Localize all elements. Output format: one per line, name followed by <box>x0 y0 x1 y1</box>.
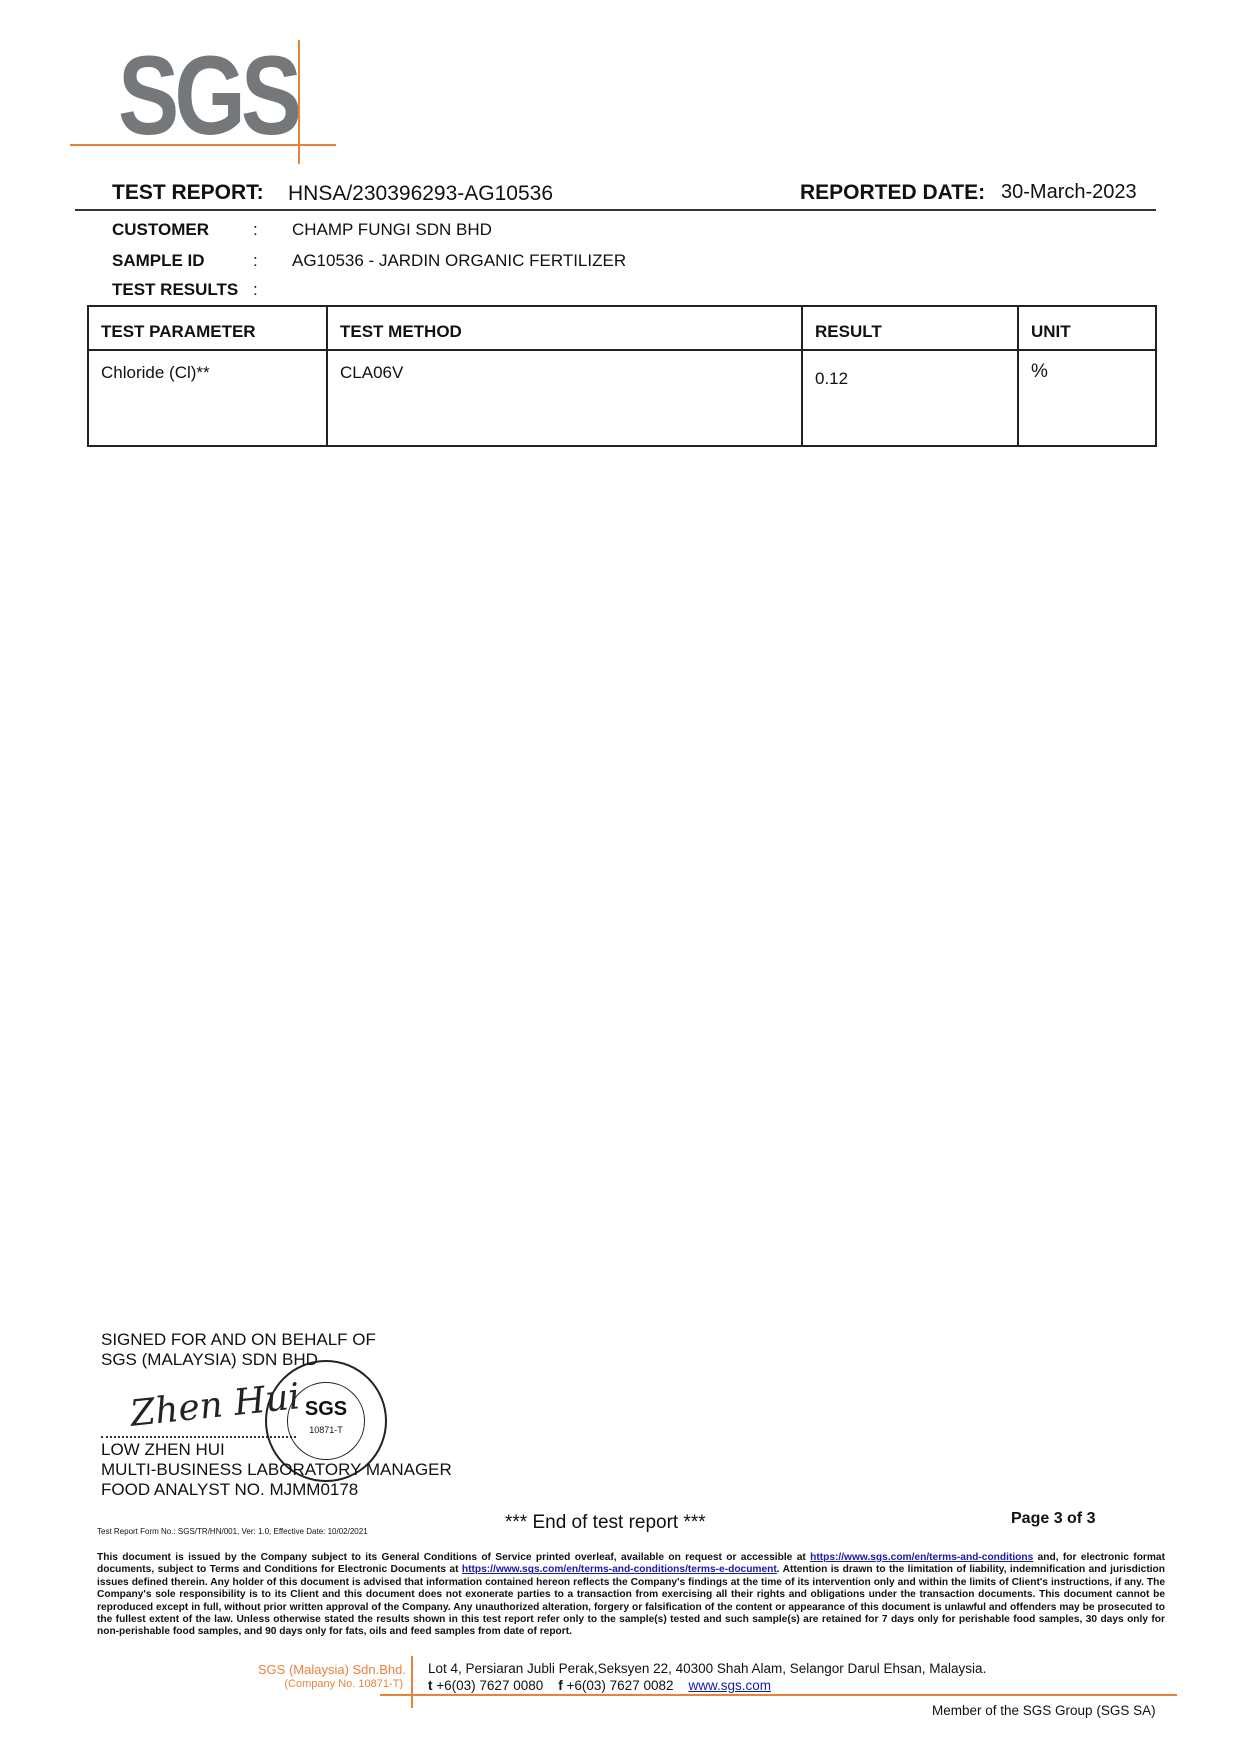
tel-label: t <box>428 1678 433 1693</box>
customer-label: CUSTOMER <box>112 220 209 240</box>
results-table: TEST PARAMETER TEST METHOD RESULT UNIT C… <box>87 305 1157 447</box>
sample-id-value: AG10536 - JARDIN ORGANIC FERTILIZER <box>292 251 626 271</box>
report-label: TEST REPORT: <box>112 181 264 205</box>
website-link[interactable]: www.sgs.com <box>689 1678 772 1693</box>
terms-link[interactable]: https://www.sgs.com/en/terms-and-conditi… <box>810 1552 1033 1563</box>
contact-line: t +6(03) 7627 0080 f +6(03) 7627 0082 ww… <box>428 1678 771 1693</box>
analyst-number: FOOD ANALYST NO. MJMM0178 <box>101 1480 358 1500</box>
header-result: RESULT <box>802 306 1018 350</box>
signatory-title: MULTI-BUSINESS LABORATORY MANAGER <box>101 1460 452 1480</box>
legal-disclaimer: This document is issued by the Company s… <box>97 1552 1165 1639</box>
footer-horizontal-rule <box>380 1694 1177 1696</box>
customer-colon: : <box>253 220 258 240</box>
company-name: SGS (Malaysia) Sdn.Bhd. <box>258 1662 406 1677</box>
logo-vertical-rule <box>298 40 300 164</box>
stamp-logo: SGS <box>288 1399 364 1419</box>
fax-number: +6(03) 7627 0082 <box>567 1678 674 1693</box>
sample-id-label: SAMPLE ID <box>112 251 205 271</box>
company-number: (Company No. 10871-T) <box>284 1678 403 1690</box>
customer-value: CHAMP FUNGI SDN BHD <box>292 220 492 240</box>
cell-unit: % <box>1018 350 1156 446</box>
cell-parameter: Chloride (Cl)** <box>88 350 327 446</box>
company-address: Lot 4, Persiaran Jubli Perak,Seksyen 22,… <box>428 1661 986 1676</box>
signatory-name: LOW ZHEN HUI <box>101 1440 225 1460</box>
form-number: Test Report Form No.: SGS/TR/HN/001, Ver… <box>97 1527 368 1536</box>
cell-result: 0.12 <box>802 350 1018 446</box>
sample-id-colon: : <box>253 251 258 271</box>
stamp-number: 10871-T <box>288 1425 364 1435</box>
page-number: Page 3 of 3 <box>1011 1510 1095 1528</box>
test-results-label: TEST RESULTS <box>112 280 238 300</box>
cell-method: CLA06V <box>327 350 802 446</box>
report-number: HNSA/230396293-AG10536 <box>288 182 553 206</box>
header-divider <box>75 209 1156 211</box>
reported-date-value: 30-March-2023 <box>1001 181 1137 204</box>
member-of-group: Member of the SGS Group (SGS SA) <box>932 1703 1156 1718</box>
header-unit: UNIT <box>1018 306 1156 350</box>
tel-number: +6(03) 7627 0080 <box>436 1678 543 1693</box>
disclaimer-text-1: This document is issued by the Company s… <box>97 1552 810 1563</box>
signed-company-line: SGS (MALAYSIA) SDN BHD <box>101 1350 318 1370</box>
test-results-colon: : <box>253 280 258 300</box>
header-test-parameter: TEST PARAMETER <box>88 306 327 350</box>
header-test-method: TEST METHOD <box>327 306 802 350</box>
table-row: Chloride (Cl)** CLA06V 0.12 % <box>88 350 1156 446</box>
stamp-inner-ring: SGS 10871-T <box>287 1382 365 1460</box>
reported-date-label: REPORTED DATE: <box>800 181 985 205</box>
sgs-logo: SGS <box>118 40 297 152</box>
footer-vertical-rule <box>411 1656 413 1708</box>
end-of-report: *** End of test report *** <box>505 1512 706 1534</box>
fax-label: f <box>558 1678 563 1693</box>
logo-horizontal-rule <box>70 144 336 146</box>
signed-for-line: SIGNED FOR AND ON BEHALF OF <box>101 1330 376 1350</box>
table-header-row: TEST PARAMETER TEST METHOD RESULT UNIT <box>88 306 1156 350</box>
terms-e-document-link[interactable]: https://www.sgs.com/en/terms-and-conditi… <box>462 1564 777 1575</box>
